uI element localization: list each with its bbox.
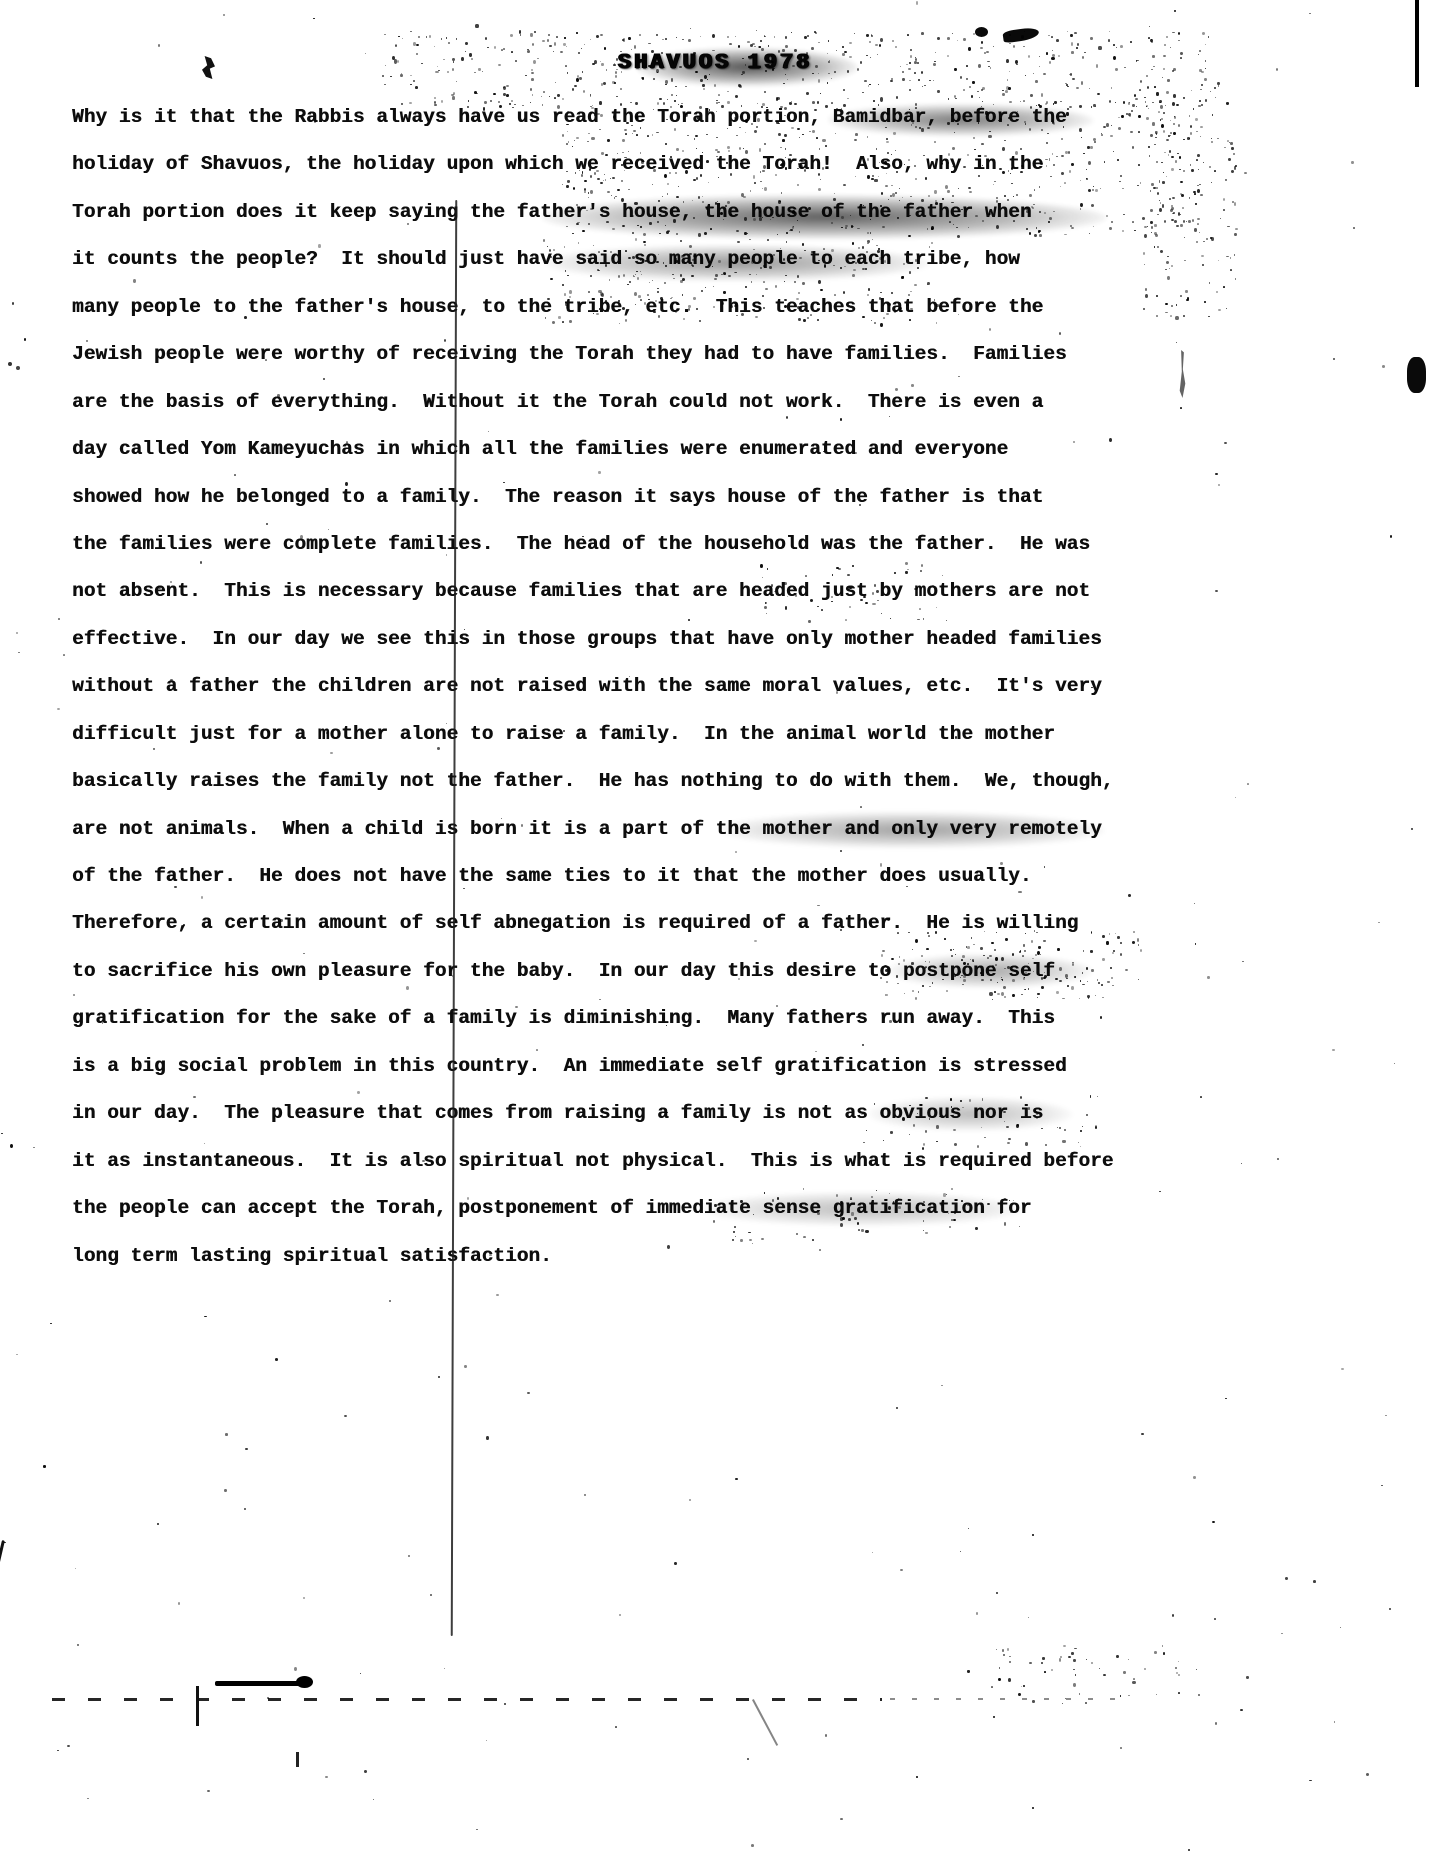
text-line: Therefore, a certain amount of self abne… bbox=[72, 900, 1192, 947]
text-line: the people can accept the Torah, postpon… bbox=[72, 1185, 1192, 1232]
bottom-dashed-line bbox=[52, 1698, 882, 1701]
text-line: long term lasting spiritual satisfaction… bbox=[72, 1233, 1192, 1280]
document-body: Why is it that the Rabbis always have us… bbox=[72, 94, 1192, 1280]
small-scratch bbox=[752, 1699, 778, 1746]
text-line: to sacrifice his own pleasure for the ba… bbox=[72, 948, 1192, 995]
text-line: basically raises the family not the fath… bbox=[72, 758, 1192, 805]
ink-blot bbox=[1002, 27, 1039, 44]
document-title: SHAVUOS 1978 bbox=[618, 50, 812, 75]
text-line: not absent. This is necessary because fa… bbox=[72, 568, 1192, 615]
text-line: gratification for the sake of a family i… bbox=[72, 995, 1192, 1042]
text-line: it as instantaneous. It is also spiritua… bbox=[72, 1138, 1192, 1185]
text-line: effective. In our day we see this in tho… bbox=[72, 616, 1192, 663]
text-line: without a father the children are not ra… bbox=[72, 663, 1192, 710]
ink-mark bbox=[202, 56, 215, 79]
text-line: day called Yom Kameyuchas in which all t… bbox=[72, 426, 1192, 473]
edge-ink-blot bbox=[1407, 357, 1426, 393]
bottom-dashed-line-faint bbox=[890, 1698, 1120, 1700]
text-line: are the basis of everything. Without it … bbox=[72, 379, 1192, 426]
text-line: showed how he belonged to a family. The … bbox=[72, 474, 1192, 521]
text-line: Torah portion does it keep saying the fa… bbox=[72, 189, 1192, 236]
text-line: it counts the people? It should just hav… bbox=[72, 236, 1192, 283]
scan-edge-line bbox=[1415, 0, 1419, 87]
bottom-dash-blot bbox=[296, 1676, 313, 1688]
scanned-document-page: SHAVUOS 1978 Why is it that the Rabbis a… bbox=[0, 0, 1430, 1851]
diagonal-scratch bbox=[0, 1540, 4, 1798]
text-line: many people to the father's house, to th… bbox=[72, 284, 1192, 331]
cross-mark bbox=[196, 1686, 199, 1726]
text-line: holiday of Shavuos, the holiday upon whi… bbox=[72, 141, 1192, 188]
text-line: of the father. He does not have the same… bbox=[72, 853, 1192, 900]
tick-mark bbox=[296, 1752, 299, 1767]
ink-blot bbox=[975, 27, 988, 37]
margin-dots bbox=[8, 362, 12, 366]
text-line: is a big social problem in this country.… bbox=[72, 1043, 1192, 1090]
text-line: are not animals. When a child is born it… bbox=[72, 806, 1192, 853]
bottom-dash-mark bbox=[215, 1681, 307, 1686]
text-line: difficult just for a mother alone to rai… bbox=[72, 711, 1192, 758]
text-line: in our day. The pleasure that comes from… bbox=[72, 1090, 1192, 1137]
text-line: the families were complete families. The… bbox=[72, 521, 1192, 568]
text-line: Jewish people were worthy of receiving t… bbox=[72, 331, 1192, 378]
text-line: Why is it that the Rabbis always have us… bbox=[72, 94, 1192, 141]
